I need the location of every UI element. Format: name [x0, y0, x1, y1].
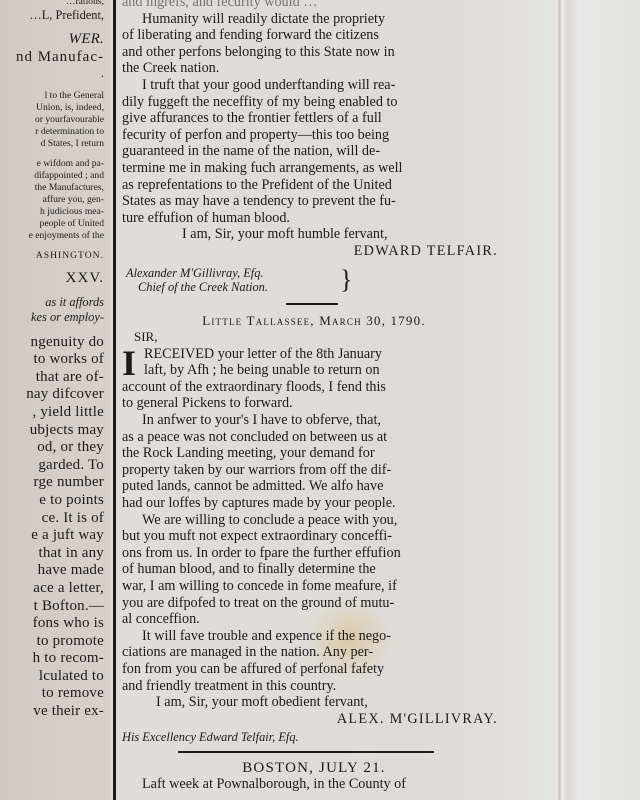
left-column-line: that are of- — [0, 369, 110, 387]
left-column-line — [0, 150, 110, 158]
left-column-line: ve their ex- — [0, 703, 110, 721]
left-column-line: the Manufactures, — [0, 182, 110, 194]
left-column-line: garded. To — [0, 457, 110, 475]
left-column-line: e a juft way — [0, 527, 110, 545]
left-column-line: people of United — [0, 218, 110, 230]
left-column-line: have made — [0, 562, 110, 580]
left-column-line: e enjoyments of the — [0, 230, 110, 242]
left-column-line: ace a letter, — [0, 580, 110, 598]
text-line: In anfwer to your's I have to obferve, t… — [122, 412, 506, 429]
section-separator-rule — [286, 303, 338, 305]
text-line: We are willing to conclude a peace with … — [122, 512, 506, 529]
telfair-letter-fragment: and ingrefs, and fecurity would … — [122, 0, 506, 11]
left-column-line: that in any — [0, 545, 110, 563]
letter-salutation: SIR, — [122, 329, 506, 346]
brace-glyph: } — [340, 267, 352, 293]
newspaper-page: …rations,…L, Prefident,WER.nd Manufac-.l… — [0, 0, 640, 800]
left-column-line — [0, 82, 110, 90]
left-column-line: difappointed ; and — [0, 170, 110, 182]
text-line: war, I am willing to concede in fome mea… — [122, 578, 506, 595]
text-line: you are difpofed to treat on the ground … — [122, 595, 506, 612]
mcgillivray-paragraph-received: I RECEIVED your letter of the 8th Januar… — [122, 346, 506, 412]
left-column-line: to remove — [0, 685, 110, 703]
left-column-line: rge number — [0, 474, 110, 492]
telfair-paragraph-trust: I truft that your good underftanding wil… — [122, 77, 506, 226]
left-column-line: ce. It is of — [0, 510, 110, 528]
left-column-line — [0, 326, 110, 334]
section-separator-rule — [178, 751, 434, 753]
left-column-line: to promote — [0, 633, 110, 651]
left-column-line: , yield little — [0, 404, 110, 422]
left-column-line: or yourfavourable — [0, 114, 110, 126]
left-column-line: h judicious mea- — [0, 206, 110, 218]
text-line: termine me in making fuch arrangements, … — [122, 160, 506, 177]
main-column: and ingrefs, and fecurity would … Humani… — [122, 0, 506, 793]
text-line: and friendly treatment in this country. — [122, 678, 506, 695]
text-line: RECEIVED your letter of the 8th January — [122, 346, 506, 363]
telfair-signature: EDWARD TELFAIR. — [122, 243, 506, 260]
text-line: as reprefentations to the Prefident of t… — [122, 177, 506, 194]
left-column-line: ASHINGTON. — [0, 250, 110, 262]
text-line: Laft week at Pownalborough, in the Count… — [122, 776, 506, 793]
left-column-line: d States, I return — [0, 138, 110, 150]
text-line: account of the extraordinary floods, I f… — [122, 379, 506, 396]
text-line: al conceffion. — [122, 611, 506, 628]
left-column-line: Union, is, indeed, — [0, 102, 110, 114]
telfair-addressee-block: Alexander M'Gillivray, Efq. Chief of the… — [122, 266, 506, 295]
mcgillivray-signature: ALEX. M'GILLIVRAY. — [122, 711, 506, 728]
text-line: fon from you can be affured of perfonal … — [122, 661, 506, 678]
left-column-line: nay difcover — [0, 386, 110, 404]
text-line: ture effufion of human blood. — [122, 210, 506, 227]
left-column-line: e to points — [0, 492, 110, 510]
left-column-line: h to recom- — [0, 650, 110, 668]
telfair-closing: I am, Sir, your moft humble fervant, — [122, 226, 506, 243]
boston-paragraph: Laft week at Pownalborough, in the Count… — [122, 776, 506, 793]
column-divider-rule — [113, 0, 116, 800]
text-line: of liberating and fending forward the ci… — [122, 27, 506, 44]
text-line: but you muft not expect extraordinary co… — [122, 528, 506, 545]
left-column-line: kes or employ- — [0, 310, 110, 325]
mcgillivray-addressee: His Excellency Edward Telfair, Efq. — [122, 730, 506, 745]
text-line: as a peace was not concluded on between … — [122, 429, 506, 446]
text-line: and ingrefs, and fecurity would … — [122, 0, 506, 11]
left-column-line: r determination to — [0, 126, 110, 138]
left-column-line: od, or they — [0, 439, 110, 457]
text-line: Humanity will readily dictate the propri… — [122, 11, 506, 28]
drop-cap: I — [122, 347, 136, 379]
mcgillivray-paragraph-trouble: It will fave trouble and expence if the … — [122, 628, 506, 694]
left-column-line: as it affords — [0, 295, 110, 310]
left-column-line: WER. — [0, 31, 110, 49]
telfair-paragraph-humanity: Humanity will readily dictate the propri… — [122, 11, 506, 77]
mcgillivray-paragraph-answer: In anfwer to your's I have to obferve, t… — [122, 412, 506, 512]
left-column-line: nd Manufac- — [0, 49, 110, 67]
left-column-line: ubjects may — [0, 422, 110, 440]
text-line: States as may have a tendency to prevent… — [122, 193, 506, 210]
addressee-line: Alexander M'Gillivray, Efq. — [126, 266, 506, 281]
left-column-line — [0, 242, 110, 250]
boston-headline: BOSTON, JULY 21. — [122, 760, 506, 777]
text-line: dily fuggeft the neceffity of my being e… — [122, 94, 506, 111]
left-column-line — [0, 23, 110, 31]
left-column-line: XXV. — [0, 270, 110, 288]
left-column-line: …rations, — [0, 0, 110, 8]
left-column-line: t Bofton.— — [0, 598, 110, 616]
left-column-line: ngenuity do — [0, 334, 110, 352]
text-line: It will fave trouble and expence if the … — [122, 628, 506, 645]
left-column-line: to works of — [0, 351, 110, 369]
left-column-line: l to the General — [0, 90, 110, 102]
text-line: and other perfons belonging to this Stat… — [122, 44, 506, 61]
text-line: give affurances to the frontier fettlers… — [122, 110, 506, 127]
text-line: puted lands, cannot be admitted. We alfo… — [122, 478, 506, 495]
text-line: to general Pickens to forward. — [122, 395, 506, 412]
text-line: of human blood, and to finally determine… — [122, 561, 506, 578]
mcgillivray-closing: I am, Sir, your moft obedient fervant, — [122, 694, 506, 711]
mcgillivray-paragraph-peace: We are willing to conclude a peace with … — [122, 512, 506, 628]
left-column-line: e wifdom and pa- — [0, 158, 110, 170]
left-column-line — [0, 262, 110, 270]
left-column-line: fons who is — [0, 615, 110, 633]
text-line: laft, by Afh ; he being unable to return… — [122, 362, 506, 379]
text-line: fecurity of perfon and property—this too… — [122, 127, 506, 144]
text-line: ons from us. In order to fpare the furth… — [122, 545, 506, 562]
left-column-line: lculated to — [0, 668, 110, 686]
left-column-line: affure you, gen- — [0, 194, 110, 206]
text-line: I truft that your good underftanding wil… — [122, 77, 506, 94]
left-column-line: …L, Prefident, — [0, 8, 110, 23]
text-line: guaranteed in the name of the nation, wi… — [122, 143, 506, 160]
letter-dateline: Little Tallassee, March 30, 1790. — [122, 313, 506, 330]
text-line: ciations are managed in the nation. Any … — [122, 644, 506, 661]
text-line: had our loffes by captures made by your … — [122, 495, 506, 512]
text-line: the Creek nation. — [122, 60, 506, 77]
left-column-line: . — [0, 66, 110, 81]
paper-fold-crease — [557, 0, 565, 800]
addressee-line: Chief of the Creek Nation. — [126, 280, 506, 295]
text-line: the Rock Landing meeting, your demand fo… — [122, 445, 506, 462]
left-column-line — [0, 287, 110, 295]
text-line: property taken by our warriors from off … — [122, 462, 506, 479]
left-column-cutoff: …rations,…L, Prefident,WER.nd Manufac-.l… — [0, 0, 110, 800]
